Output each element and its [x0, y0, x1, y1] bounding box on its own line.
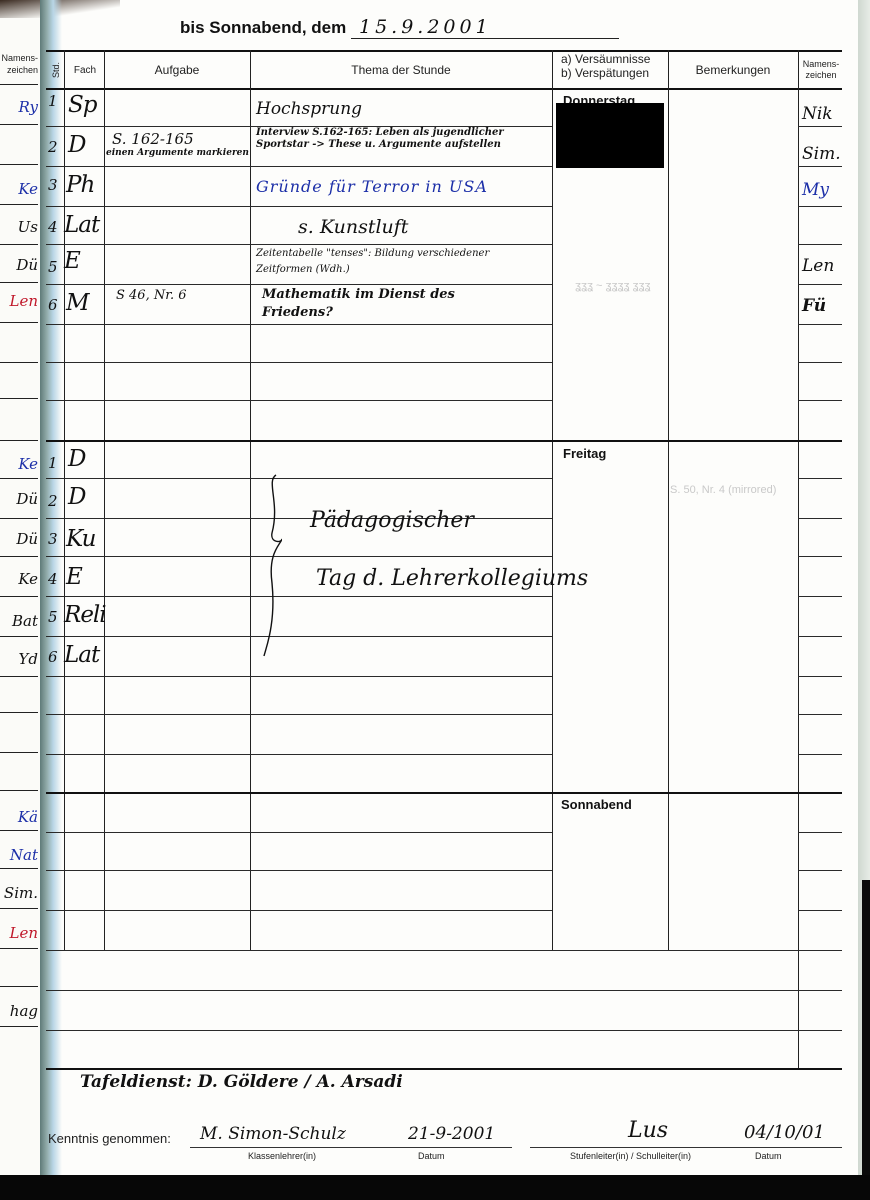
- freitag-topic-line2: Tag d. Lehrerkollegiums: [316, 566, 588, 591]
- lesson-homework: S 46, Nr. 6: [116, 288, 187, 303]
- row-divider: [798, 206, 842, 207]
- redaction-box: [556, 103, 664, 168]
- divider: [0, 440, 38, 441]
- left-signature: hag: [0, 1002, 38, 1020]
- left-signature: Nat: [0, 846, 38, 864]
- header-aufgabe: Aufgabe: [104, 52, 250, 88]
- header-versaeumnisse-b: b) Verspätungen: [561, 66, 649, 80]
- divider: [0, 398, 38, 399]
- header-std: Std.: [46, 58, 66, 82]
- lesson-subject: D: [68, 446, 85, 472]
- stufenleiter-signature: Lus: [628, 1118, 668, 1143]
- divider: [0, 244, 38, 245]
- row-divider: [46, 1068, 842, 1070]
- col-divider: [64, 50, 65, 950]
- divider: [0, 518, 38, 519]
- bleed-through-text: ʓʓʓ ~ ʓʓʓʓ ʓʓʓ: [575, 280, 651, 292]
- row-divider: [46, 440, 842, 442]
- lesson-homework: S. 162-165: [112, 130, 194, 148]
- klassenlehrer-signature: M. Simon-Schulz: [200, 1124, 346, 1144]
- teacher-signature: Sim.: [802, 144, 844, 164]
- lesson-number: 2: [48, 138, 58, 156]
- lesson-number: 6: [48, 648, 58, 666]
- row-divider: [798, 910, 842, 911]
- left-page-header: Namens- zeichen: [0, 52, 38, 76]
- page-title: bis Sonnabend, dem 15.9.2001: [180, 16, 619, 39]
- row-divider: [46, 400, 552, 401]
- teacher-signature: Nik: [802, 104, 844, 124]
- lesson-subject: D: [68, 132, 85, 158]
- divider: [0, 752, 38, 753]
- lesson-topic: Mathematik im Dienst des Friedens?: [262, 286, 522, 322]
- row-divider: [798, 636, 842, 637]
- row-divider: [46, 832, 552, 833]
- background-edge: [862, 880, 870, 1200]
- day-label-freitag: Freitag: [563, 446, 606, 461]
- header-thema: Thema der Stunde: [250, 52, 552, 88]
- left-signature: Bat: [0, 612, 38, 630]
- divider: [0, 596, 38, 597]
- row-divider: [798, 870, 842, 871]
- col-divider: [668, 50, 669, 950]
- stufenleiter-caption: Stufenleiter(in) / Schulleiter(in): [570, 1151, 691, 1161]
- left-signature: Us: [0, 218, 38, 236]
- left-signature: Ry: [0, 98, 38, 116]
- divider: [0, 322, 38, 323]
- row-divider: [798, 284, 842, 285]
- lesson-topic: Hochsprung: [256, 99, 362, 119]
- col-divider: [250, 50, 251, 950]
- left-signature: Len: [0, 292, 38, 310]
- teacher-signature: My: [802, 180, 844, 200]
- lesson-topic: Gründe für Terror in USA: [256, 177, 488, 196]
- divider: [0, 790, 38, 791]
- row-divider: [798, 400, 842, 401]
- left-page-edge: Namens- zeichen Ry Ke Us Dü Len Ke Dü Dü…: [0, 0, 40, 1200]
- divider: [0, 676, 38, 677]
- lesson-number: 5: [48, 608, 58, 626]
- lesson-subject: E: [64, 248, 80, 274]
- lesson-number: 5: [48, 258, 58, 276]
- row-divider: [798, 324, 842, 325]
- row-divider: [46, 676, 552, 677]
- lesson-number: 2: [48, 492, 58, 510]
- lesson-subject: Sp: [68, 92, 96, 118]
- header-bemerkungen: Bemerkungen: [668, 52, 798, 88]
- background-edge: [0, 1175, 870, 1200]
- divider: [0, 908, 38, 909]
- lesson-number: 3: [48, 176, 58, 194]
- lesson-subject: Ku: [66, 526, 96, 552]
- title-date: 15.9.2001: [351, 16, 619, 39]
- row-divider: [46, 166, 552, 167]
- left-signature: Kä: [0, 808, 38, 826]
- row-divider: [798, 518, 842, 519]
- lesson-subject: Lat: [64, 212, 99, 238]
- teacher-signature: Len: [802, 256, 844, 276]
- lesson-number: 6: [48, 296, 58, 314]
- col-divider: [104, 50, 105, 950]
- divider: [0, 164, 38, 165]
- lesson-number: 1: [48, 454, 58, 472]
- divider: [0, 362, 38, 363]
- row-divider: [798, 832, 842, 833]
- signature-line: [190, 1147, 512, 1148]
- divider: [0, 204, 38, 205]
- lesson-number: 3: [48, 530, 58, 548]
- lesson-number: 1: [48, 92, 58, 110]
- divider: [0, 636, 38, 637]
- row-divider: [46, 636, 552, 637]
- row-divider: [798, 126, 842, 127]
- divider: [0, 868, 38, 869]
- divider: [0, 124, 38, 125]
- header-fach: Fach: [66, 52, 104, 88]
- row-divider: [46, 754, 552, 755]
- row-divider: [46, 324, 552, 325]
- datum-caption-2: Datum: [755, 1151, 782, 1161]
- row-divider: [798, 596, 842, 597]
- lesson-subject: D: [68, 484, 85, 510]
- left-signature: Dü: [0, 256, 38, 274]
- divider: [0, 986, 38, 987]
- row-divider: [46, 870, 552, 871]
- left-signature: Dü: [0, 530, 38, 548]
- lesson-topic: Zeitentabelle "tenses": Bildung verschie…: [256, 246, 546, 278]
- lesson-subject: Ph: [66, 172, 94, 198]
- left-signature: Yd: [0, 650, 38, 668]
- header-bottom-border: [46, 88, 842, 90]
- row-divider: [46, 362, 552, 363]
- row-divider: [798, 166, 842, 167]
- row-divider: [46, 792, 842, 794]
- row-divider: [46, 950, 842, 951]
- row-divider: [46, 244, 552, 245]
- row-divider: [798, 676, 842, 677]
- row-divider: [46, 284, 552, 285]
- row-divider: [798, 244, 842, 245]
- day-label-sonnabend: Sonnabend: [561, 797, 632, 812]
- row-divider: [798, 478, 842, 479]
- teacher-signature: Fü: [802, 296, 844, 316]
- header-versaeumnisse-a: a) Versäumnisse: [561, 52, 650, 66]
- klassenlehrer-caption: Klassenlehrer(in): [248, 1151, 316, 1161]
- row-divider: [46, 596, 552, 597]
- header-versaeumnisse: a) Versäumnisse b) Verspätungen: [561, 52, 668, 88]
- divider: [0, 830, 38, 831]
- row-divider: [798, 714, 842, 715]
- divider: [0, 84, 38, 85]
- lesson-homework-note: einen Argumente markieren: [106, 148, 249, 158]
- lesson-topic: Interview S.162-165: Leben als jugendlic…: [256, 127, 546, 151]
- row-divider: [798, 362, 842, 363]
- col-divider: [552, 50, 553, 950]
- left-signature: Ke: [0, 180, 38, 198]
- datum-caption: Datum: [418, 1151, 445, 1161]
- row-divider: [46, 206, 552, 207]
- lesson-subject: M: [66, 290, 89, 316]
- row-divider: [46, 990, 842, 991]
- divider: [0, 478, 38, 479]
- bleed-through-text: S. 50, Nr. 4 (mirrored): [670, 484, 776, 496]
- klassenlehrer-date: 21-9-2001: [408, 1124, 495, 1144]
- row-divider: [46, 714, 552, 715]
- divider: [0, 556, 38, 557]
- header-namenszeichen: Namens- zeichen: [798, 52, 844, 88]
- divider: [0, 282, 38, 283]
- stufenleiter-date: 04/10/01: [744, 1122, 825, 1143]
- left-signature: Ke: [0, 570, 38, 588]
- row-divider: [46, 910, 552, 911]
- lesson-topic: s. Kunstluft: [298, 216, 408, 238]
- left-signature: Ke: [0, 455, 38, 473]
- row-divider: [798, 754, 842, 755]
- divider: [0, 1026, 38, 1027]
- lesson-subject: Reli: [64, 602, 106, 628]
- freitag-topic-line1: Pädagogischer: [310, 508, 474, 533]
- signature-line: [530, 1147, 842, 1148]
- row-divider: [46, 556, 552, 557]
- row-divider: [798, 556, 842, 557]
- left-signature: Len: [0, 924, 38, 942]
- lesson-number: 4: [48, 218, 58, 236]
- lesson-subject: Lat: [64, 642, 99, 668]
- row-divider: [46, 478, 552, 479]
- row-divider: [46, 518, 552, 519]
- divider: [0, 712, 38, 713]
- tafeldienst-note: Tafeldienst: D. Göldere / A. Arsadi: [80, 1072, 403, 1092]
- title-prefix: bis Sonnabend, dem: [180, 18, 346, 37]
- left-signature: Sim.: [0, 884, 38, 902]
- row-divider: [46, 1030, 842, 1031]
- lesson-number: 4: [48, 570, 58, 588]
- kenntnis-label: Kenntnis genommen:: [48, 1131, 171, 1146]
- col-divider: [798, 50, 799, 1070]
- lesson-subject: E: [66, 564, 82, 590]
- curly-brace-icon: [262, 473, 282, 658]
- left-signature: Dü: [0, 490, 38, 508]
- divider: [0, 948, 38, 949]
